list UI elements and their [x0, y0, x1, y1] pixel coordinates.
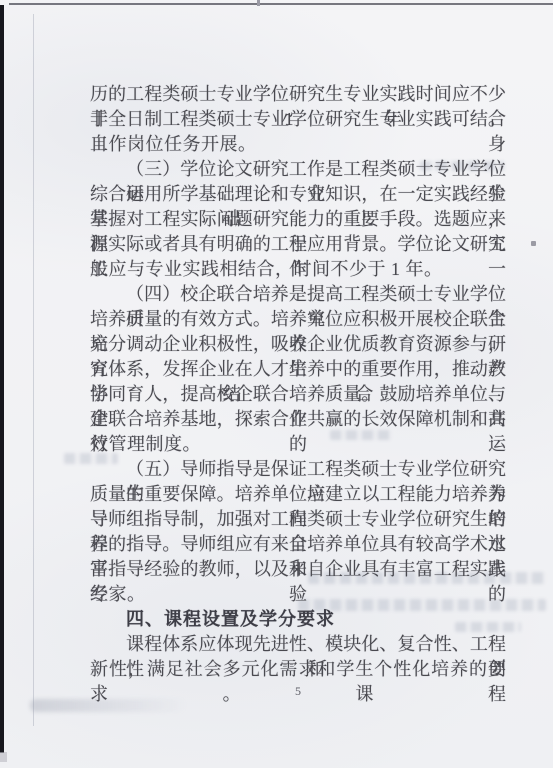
scan-edge-mark [257, 0, 260, 6]
section-heading: 四、课程设置及学分要求 [90, 607, 506, 632]
text-line: 协同育人，提高校企联合培养质量。鼓励培养单位与企业共 [90, 382, 506, 407]
text-line: （五）导师指导是保证工程类硕士专业学位研究生培养 [90, 457, 506, 482]
text-line: （四）校企联合培养是提高工程类硕士专业学位研究生 [90, 282, 506, 307]
paper-crease-line [33, 14, 34, 726]
text-line: 充分调动企业积极性，吸收企业优质教育资源参与研究生教 [90, 332, 506, 357]
text-line: 富指导经验的教师，以及来自企业具有丰富工程实践经验的 [90, 557, 506, 582]
text-line: 育体系，发挥企业在人才培养中的重要作用，推动产学结合、 [90, 357, 506, 382]
text-line: 程的指导。导师组应有来自培养单位具有较高学术水平和丰 [90, 532, 506, 557]
text-line: 质量的重要保障。培养单位应建立以工程能力培养为导向的 [90, 482, 506, 507]
scanned-document-page: 历的工程类硕士专业学位研究生专业实践时间应不少于 1 年。非全日制工程类硕士专业… [0, 0, 553, 768]
text-line: 非全日制工程类硕士专业学位研究生专业实践可结合自身 [90, 107, 506, 132]
text-line: 历的工程类硕士专业学位研究生专业实践时间应不少于 1 年。 [90, 82, 506, 107]
text-line: 掌握对工程实际问题研究能力的重要手段。选题应来源于工 [90, 207, 506, 232]
text-line: 新性，满足社会多元化需求和学生个性化培养的要求。课程 [90, 657, 506, 682]
page-number: 5 [90, 684, 506, 699]
text-line: （三）学位论文研究工作是工程类硕士专业学位研究生 [90, 157, 506, 182]
ink-speck [531, 241, 536, 246]
text-line: 培养质量的有效方式。培养单位应积极开展校企联合培养， [90, 307, 506, 332]
text-line: 课程体系应体现先进性、模块化、复合性、工程性和创 [90, 632, 506, 657]
scan-left-edge-fade [0, 752, 7, 762]
text-line: 程实际或者具有明确的工程应用背景。学位论文研究工作一 [90, 232, 506, 257]
scan-left-edge-strip [0, 5, 4, 753]
text-line: 综合运用所学基础理论和专业知识，在一定实践经验基础上， [90, 182, 506, 207]
text-line: 建联合培养基地，探索合作共赢的长效保障机制和高效的运 [90, 407, 506, 432]
page-text: 历的工程类硕士专业学位研究生专业实践时间应不少于 1 年。非全日制工程类硕士专业… [90, 82, 506, 682]
scan-top-edge-line [9, 3, 553, 5]
text-line: 导师组指导制，加强对工程类硕士专业学位研究生培养全过 [90, 507, 506, 532]
